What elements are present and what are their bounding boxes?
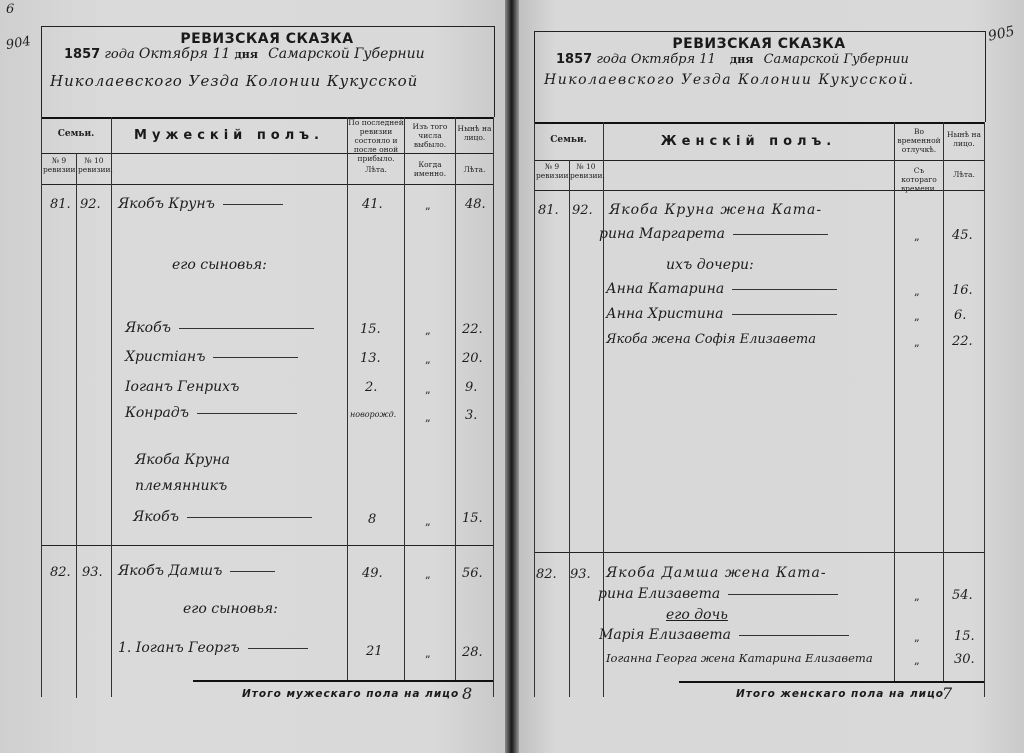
folio-number-left: 904 (5, 34, 32, 53)
col-line (569, 160, 570, 697)
rev9-cell: 82. (536, 567, 557, 582)
name-cell: Анна Катарина (606, 281, 837, 297)
name-text: Якобъ Крунъ (118, 196, 215, 212)
col-line (347, 117, 348, 680)
col-line (984, 122, 985, 697)
name-cell: Якоба жена Софія Елизавета (606, 332, 816, 347)
name-cell: рина Елизавета (598, 586, 838, 602)
prev-age-cell: 41. (362, 197, 383, 212)
location-line-right: Николаевского Уезда Колонии Кукусской. (544, 72, 915, 88)
name-cell: Марія Елизавета (599, 627, 849, 643)
total-label-male: Итого мужескаго пола на лицо (242, 688, 459, 700)
rev10-cell: 93. (570, 567, 591, 582)
prev-age-cell: 2. (365, 380, 377, 395)
rev9-cell: 81. (538, 203, 559, 218)
name-cell: Якобъ (133, 509, 312, 525)
col-line (943, 122, 944, 681)
family-divider (534, 552, 984, 553)
col-line (404, 117, 405, 680)
age-now-cell: 16. (952, 283, 973, 298)
age-now-cell: 56. (462, 566, 483, 581)
col-line (455, 117, 456, 680)
age-now-cell: 22. (462, 322, 483, 337)
departed-cell: „ (425, 568, 431, 581)
name-text: Якобъ (133, 509, 179, 525)
rev9-cell: 82. (50, 565, 71, 580)
hdr-rev10: № 10 ревизии. (570, 162, 602, 180)
name-cell: ихъ дочери: (666, 257, 754, 273)
folio-number-right: 905 (987, 23, 1016, 44)
total-rule (193, 680, 493, 682)
col-line (76, 153, 77, 698)
name-cell: Іоганъ Генрихъ (125, 379, 239, 395)
hdr-section-male: Мужескій полъ. (111, 128, 347, 143)
name-cell: Іоганна Георга жена Катарина Елизавета (606, 651, 873, 665)
hdr-present-sub: Лѣта. (944, 170, 984, 179)
name-cell: Якоба Дамша жена Ката- (606, 565, 827, 581)
col-line (534, 122, 535, 697)
age-now-cell: 20. (462, 351, 483, 366)
name-text: Конрадъ (125, 405, 189, 421)
prev-age-cell: 13. (360, 351, 381, 366)
hdr-rev10: № 10 ревизии. (78, 156, 110, 174)
year: 1857 (64, 47, 100, 62)
age-now-cell: 9. (465, 380, 477, 395)
age-now-cell: 22. (952, 334, 973, 349)
absence-cell: „ (914, 336, 920, 349)
day-word: дня (730, 53, 754, 66)
age-now-cell: 15. (462, 511, 483, 526)
prev-age-cell: 15. (360, 322, 381, 337)
name-text: Марія Елизавета (599, 627, 731, 643)
date-handwritten: Октября 11 (139, 46, 230, 62)
date-line-left: 1857 года Октября 11 дня Самарской Губер… (64, 46, 425, 62)
departed-cell: „ (425, 383, 431, 396)
absence-cell: „ (914, 230, 920, 243)
page-title-right: РЕВИЗСКАЯ СКАЗКА (534, 36, 984, 52)
absence-cell: „ (914, 631, 920, 644)
date-handwritten: Октября 11 (631, 52, 716, 67)
departed-cell: „ (425, 324, 431, 337)
prev-age-cell: новорожд. (350, 410, 396, 419)
rev9-cell: 81. (50, 197, 71, 212)
name-cell: 1. Іоганъ Георгъ (118, 640, 308, 656)
name-text: рина Маргарета (599, 226, 725, 242)
name-text: Якобъ (125, 320, 171, 336)
table-top-border (534, 122, 984, 124)
absence-cell: „ (914, 590, 920, 603)
header-divider (534, 160, 984, 161)
name-cell: его сыновья: (172, 257, 267, 273)
hdr-departed: Изъ того числа выбыло. (405, 122, 455, 149)
age-now-cell: 28. (462, 645, 483, 660)
place-handwritten: Самарской Губернии (268, 46, 425, 62)
place-handwritten: Самарской Губернии (764, 52, 909, 67)
departed-cell: „ (425, 647, 431, 660)
hdr-last-revision: По последней ревизии состояло и после он… (348, 118, 404, 163)
year-suffix: года (596, 52, 626, 67)
age-now-cell: 30. (954, 652, 975, 667)
col-line (41, 117, 42, 697)
hdr-rev9: № 9 ревизии. (536, 162, 568, 180)
book-spine (505, 0, 519, 753)
departed-cell: „ (425, 353, 431, 366)
family-divider (41, 545, 493, 546)
name-cell: Якоба Круна жена Ката- (609, 202, 822, 218)
age-now-cell: 54. (952, 588, 973, 603)
name-cell: Якобъ (125, 320, 314, 336)
name-cell: Христіанъ (125, 349, 298, 365)
age-now-cell: 45. (952, 228, 973, 243)
day-word: дня (234, 48, 258, 61)
name-text: Анна Христина (606, 306, 724, 322)
absence-cell: „ (914, 310, 920, 323)
age-now-cell: 3. (465, 408, 477, 423)
hdr-families: Семьи. (534, 136, 603, 145)
age-now-cell: 15. (954, 629, 975, 644)
col-line (894, 122, 895, 681)
margin-note-top: 6 (6, 2, 14, 17)
departed-cell: „ (425, 411, 431, 424)
year-suffix: года (104, 47, 134, 62)
prev-age-cell: 21 (366, 644, 383, 659)
left-page: 6 904 РЕВИЗСКАЯ СКАЗКА 1857 года Октября… (0, 0, 512, 753)
col-line (493, 117, 494, 697)
hdr-present: Нынѣ на лицо. (456, 124, 493, 142)
absence-cell: „ (914, 285, 920, 298)
hdr-last-revision-sub: Лѣта. (348, 165, 404, 174)
age-now-cell: 48. (465, 197, 486, 212)
col-line (111, 117, 112, 697)
right-page: 905 РЕВИЗСКАЯ СКАЗКА 1857 года Октября 1… (514, 0, 1024, 753)
name-cell: его сыновья: (183, 601, 278, 617)
prev-age-cell: 8 (368, 512, 376, 527)
name-cell: Конрадъ (125, 405, 297, 421)
table-top-border (41, 117, 493, 119)
total-value-male: 8 (462, 684, 472, 703)
departed-cell: „ (425, 199, 431, 212)
hdr-present-sub: Лѣта. (456, 165, 493, 174)
page-title-left: РЕВИЗСКАЯ СКАЗКА (41, 31, 493, 47)
name-text: Якобъ Дамшъ (118, 563, 222, 579)
name-text: рина Елизавета (598, 586, 720, 602)
age-now-cell: 6. (954, 308, 966, 323)
name-cell: Якоба Круна племянникъ (135, 447, 325, 499)
name-cell: Якобъ Крунъ (118, 196, 283, 212)
rev10-cell: 92. (572, 203, 593, 218)
name-cell: Якобъ Дамшъ (118, 563, 275, 579)
hdr-families: Семьи. (41, 130, 111, 139)
hdr-departed-sub: Когда именно. (405, 160, 455, 178)
name-text: Анна Катарина (606, 281, 724, 297)
name-cell: Анна Христина (606, 306, 837, 322)
hdr-rev9: № 9 ревизии. (43, 156, 75, 174)
prev-age-cell: 49. (362, 566, 383, 581)
hdr-absence: Во временной отлучкѣ. (895, 127, 943, 154)
hdr-section-female: Женскій полъ. (603, 134, 894, 149)
absence-cell: „ (914, 654, 920, 667)
rev10-cell: 92. (80, 197, 101, 212)
header-bottom (41, 184, 493, 185)
total-label-female: Итого женскаго пола на лицо (736, 688, 944, 700)
total-value-female: 7 (942, 684, 952, 703)
hdr-absence-sub: Съ котораго времени. (895, 166, 943, 193)
col-line (603, 122, 604, 697)
name-cell: рина Маргарета (599, 226, 828, 242)
name-text: 1. Іоганъ Георгъ (118, 640, 240, 656)
name-cell: его дочь (666, 607, 728, 623)
rev10-cell: 93. (82, 565, 103, 580)
header-divider (41, 153, 493, 154)
year: 1857 (556, 52, 592, 67)
departed-cell: „ (425, 515, 431, 528)
location-line-left: Николаевского Уезда Колонии Кукусской (50, 72, 418, 90)
name-text: Христіанъ (125, 349, 205, 365)
total-rule (679, 681, 984, 683)
hdr-present: Нынѣ на лицо. (944, 130, 984, 148)
date-line-right: 1857 года Октября 11 дня Самарской Губер… (556, 52, 909, 67)
